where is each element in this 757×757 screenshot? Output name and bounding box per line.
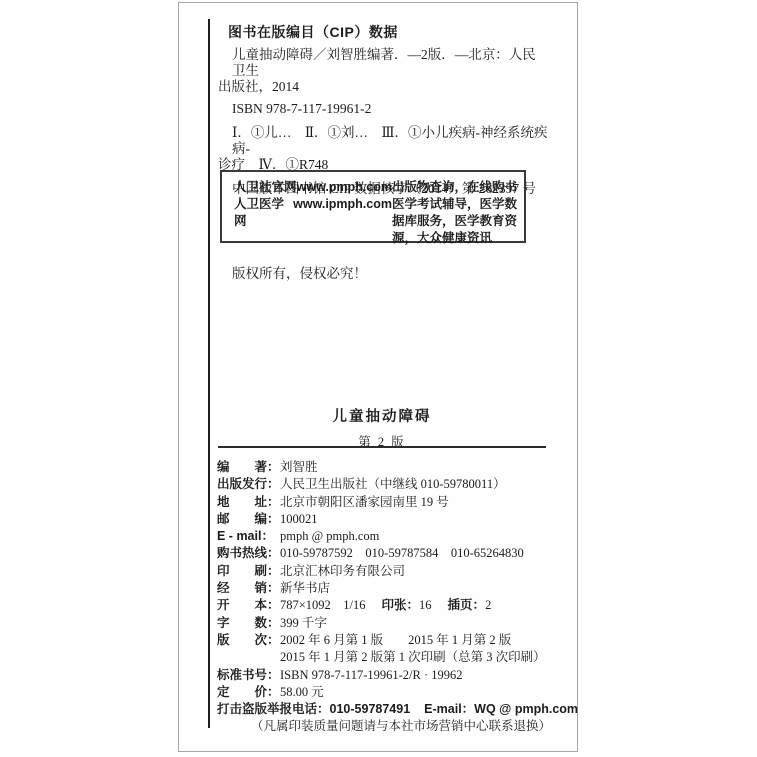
cip-class-line1: Ⅰ．①儿… Ⅱ．①刘… Ⅲ．①小儿疾病-神经系统疾病- <box>218 125 548 157</box>
quality-note: （凡属印装质量问题请与本社市场营销中心联系退换） <box>217 718 549 735</box>
colophon-label: 印 刷： <box>217 563 280 580</box>
cip-classification: Ⅰ．①儿… Ⅱ．①刘… Ⅲ．①小儿疾病-神经系统疾病- 诊疗 Ⅳ．①R748 <box>218 125 548 173</box>
colophon-label: 标准书号： <box>217 667 280 684</box>
colophon-label: 印张： <box>382 597 420 614</box>
colophon-value: 北京市朝阳区潘家园南里 19 号 <box>280 495 449 509</box>
colophon-label: E - mail： <box>217 528 280 545</box>
colophon-row-printer: 印 刷：北京汇林印务有限公司 <box>217 563 549 580</box>
colophon-row-postcode: 邮 编：100021 <box>217 511 549 528</box>
colophon-row-hotline: 购书热线：010-59787592 010-59787584 010-65264… <box>217 545 549 562</box>
services-line: 源，大众健康资讯 <box>392 230 524 247</box>
colophon-label: 地 址： <box>217 494 280 511</box>
colophon-label: 经 销： <box>217 580 280 597</box>
colophon-row-price: 定 价：58.00 元 <box>217 684 549 701</box>
copyright-notice: 版权所有，侵权必究！ <box>232 262 367 282</box>
anti-piracy-label: 打击盗版举报电话： <box>217 701 330 718</box>
colophon-value: 2002 年 6 月第 1 版 2015 年 1 月第 2 版 <box>280 633 511 647</box>
cip-entry-line2: 出版社，2014 <box>218 79 548 95</box>
book-copyright-page: 图书在版编目（CIP）数据 儿童抽动障碍／刘智胜编著．—2版．—北京：人民卫生 … <box>178 2 578 752</box>
colophon-value: 100021 <box>280 512 318 526</box>
colophon: 编 著：刘智胜 出版发行：人民卫生出版社（中继线 010-59780011） 地… <box>217 459 549 736</box>
colophon-row-email: E - mail：pmph @ pmph.com <box>217 528 549 545</box>
colophon-label: 插页： <box>448 597 486 614</box>
services-line: 出版物查询，在线购书 <box>392 179 524 196</box>
colophon-label: 定 价： <box>217 684 280 701</box>
colophon-value: 2015 年 1 月第 2 版第 1 次印刷（总第 3 次印刷） <box>280 650 546 664</box>
colophon-row-publisher: 出版发行：人民卫生出版社（中继线 010-59780011） <box>217 476 549 493</box>
colophon-value: 010-59787592 010-59787584 010-65264830 <box>280 546 524 560</box>
colophon-row-standard-isbn: 标准书号：ISBN 978-7-117-19961-2/R · 19962 <box>217 667 549 684</box>
anti-piracy-phone: 010-59787491 <box>330 702 411 716</box>
colophon-label: 字 数： <box>217 615 280 632</box>
cip-isbn: ISBN 978-7-117-19961-2 <box>218 101 548 117</box>
horizontal-rule <box>218 446 546 448</box>
colophon-label: 邮 编： <box>217 511 280 528</box>
colophon-value: ISBN 978-7-117-19961-2/R · 19962 <box>280 668 463 682</box>
colophon-value: 399 千字 <box>280 616 327 630</box>
colophon-row-wordcount: 字 数：399 千字 <box>217 615 549 632</box>
title-block: 儿童抽动障碍 第 2 版 <box>218 405 546 450</box>
vertical-rule <box>208 19 210 728</box>
colophon-label: 开 本： <box>217 597 280 614</box>
colophon-row-author: 编 著：刘智胜 <box>217 459 549 476</box>
colophon-row-edition-history-cont: 2015 年 1 月第 2 版第 1 次印刷（总第 3 次印刷） <box>217 649 549 666</box>
website-url: www.pmph.com <box>297 179 392 196</box>
cip-header: 图书在版编目（CIP）数据 <box>218 24 548 40</box>
colophon-row-address: 地 址：北京市朝阳区潘家园南里 19 号 <box>217 494 549 511</box>
colophon-label: 版 次： <box>217 632 280 649</box>
colophon-label: 购书热线： <box>217 545 280 562</box>
colophon-label: 编 著： <box>217 459 280 476</box>
colophon-value: 北京汇林印务有限公司 <box>280 564 405 578</box>
book-title: 儿童抽动障碍 <box>218 405 546 426</box>
anti-piracy-email: WQ @ pmph.com <box>474 702 578 716</box>
publisher-websites-box: 人卫社官网 www.pmph.com 人卫医学网 www.ipmph.com 出… <box>220 170 526 243</box>
website-row: 人卫医学网 www.ipmph.com <box>234 196 392 230</box>
colophon-value: 刘智胜 <box>280 460 318 474</box>
services-line: 据库服务，医学教育资 <box>392 213 524 230</box>
services-description: 出版物查询，在线购书 医学考试辅导，医学数 据库服务，医学教育资 源，大众健康资… <box>392 179 524 241</box>
anti-piracy-email-label: E-mail： <box>424 702 474 716</box>
website-name: 人卫医学网 <box>234 196 293 230</box>
cip-entry-line1: 儿童抽动障碍／刘智胜编著．—2版．—北京：人民卫生 <box>218 47 548 79</box>
colophon-row-format: 开 本：787×1092 1/16印张：16插页：2 <box>217 597 549 614</box>
colophon-value: 16 <box>419 598 432 612</box>
websites-list: 人卫社官网 www.pmph.com 人卫医学网 www.ipmph.com <box>234 179 392 241</box>
colophon-label: 出版发行： <box>217 476 280 493</box>
colophon-row-edition-history: 版 次：2002 年 6 月第 1 版 2015 年 1 月第 2 版 <box>217 632 549 649</box>
cip-entry: 儿童抽动障碍／刘智胜编著．—2版．—北京：人民卫生 出版社，2014 <box>218 47 548 95</box>
website-url: www.ipmph.com <box>293 196 392 230</box>
colophon-value: 58.00 元 <box>280 685 324 699</box>
website-row: 人卫社官网 www.pmph.com <box>234 179 392 196</box>
anti-piracy-line: 打击盗版举报电话：010-59787491E-mail：WQ @ pmph.co… <box>217 701 549 718</box>
colophon-value: 人民卫生出版社（中继线 010-59780011） <box>280 477 506 491</box>
website-name: 人卫社官网 <box>234 179 297 196</box>
colophon-value: 新华书店 <box>280 581 330 595</box>
colophon-value: pmph @ pmph.com <box>280 529 379 543</box>
services-line: 医学考试辅导，医学数 <box>392 196 524 213</box>
colophon-row-distributor: 经 销：新华书店 <box>217 580 549 597</box>
colophon-value: 787×1092 1/16 <box>280 598 366 612</box>
colophon-value: 2 <box>485 598 491 612</box>
